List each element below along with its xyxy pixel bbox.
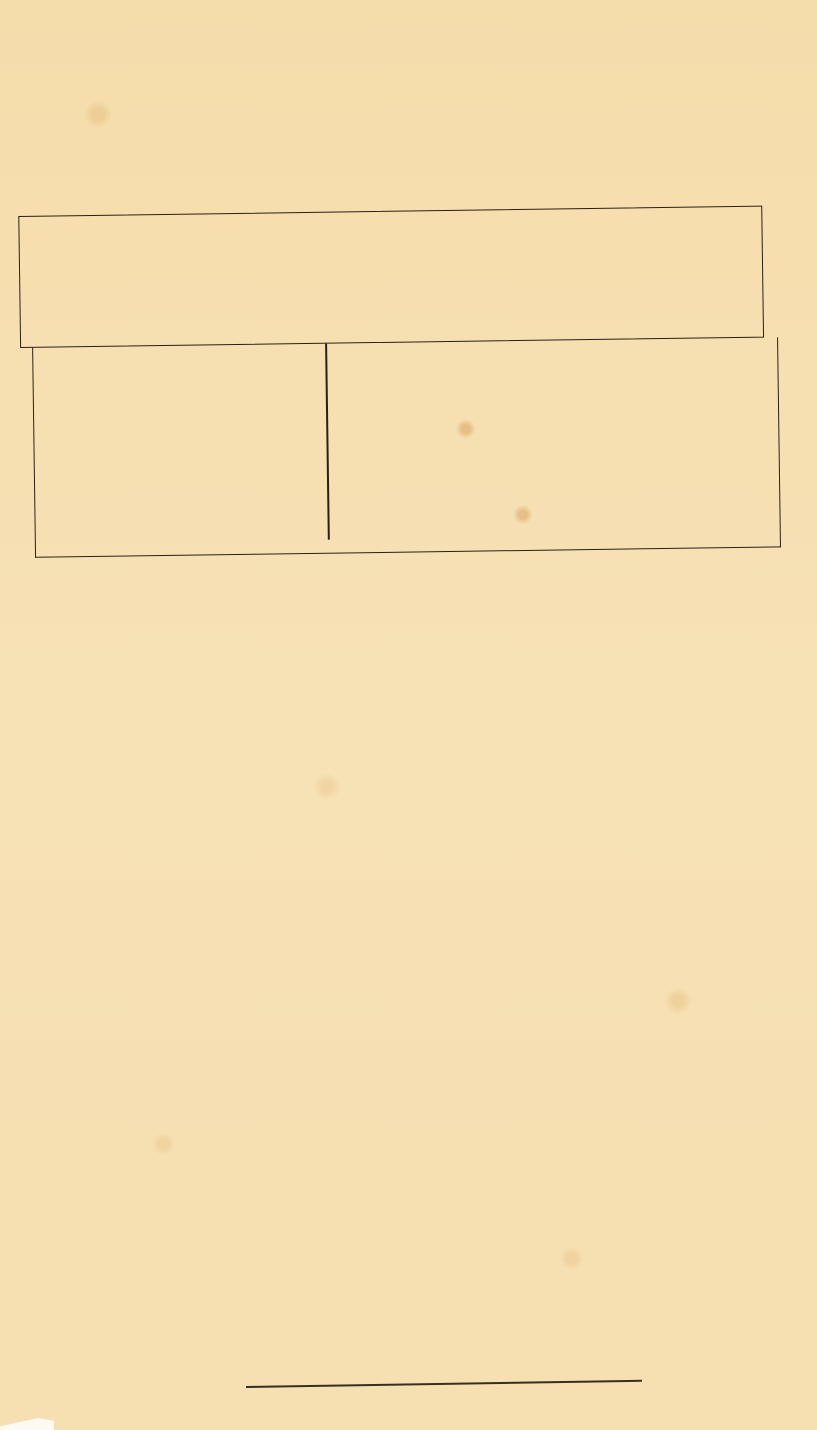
text-line xyxy=(34,580,804,600)
footnote xyxy=(40,778,800,798)
panel-divider xyxy=(325,344,329,540)
imprint-rule xyxy=(246,1380,642,1388)
text-line xyxy=(34,580,804,600)
counter-row-holes xyxy=(19,207,761,217)
paragraph-body xyxy=(34,580,804,600)
paper-tear xyxy=(0,1418,54,1430)
text-line xyxy=(34,580,804,600)
top-row-holes xyxy=(19,207,761,217)
text-line xyxy=(12,51,782,72)
text-line xyxy=(12,51,782,72)
text-line xyxy=(12,51,782,72)
text-line xyxy=(34,580,804,600)
machine-plan-diagram xyxy=(18,186,769,558)
paragraph-intro xyxy=(12,51,782,72)
footnote-line xyxy=(40,778,800,798)
text-line xyxy=(34,580,804,600)
setting-panel xyxy=(32,337,781,557)
footnote-line xyxy=(40,778,800,798)
text-line xyxy=(12,51,782,72)
register-panel xyxy=(18,206,764,348)
footnote-line xyxy=(40,778,800,798)
footnote-line xyxy=(40,778,800,798)
